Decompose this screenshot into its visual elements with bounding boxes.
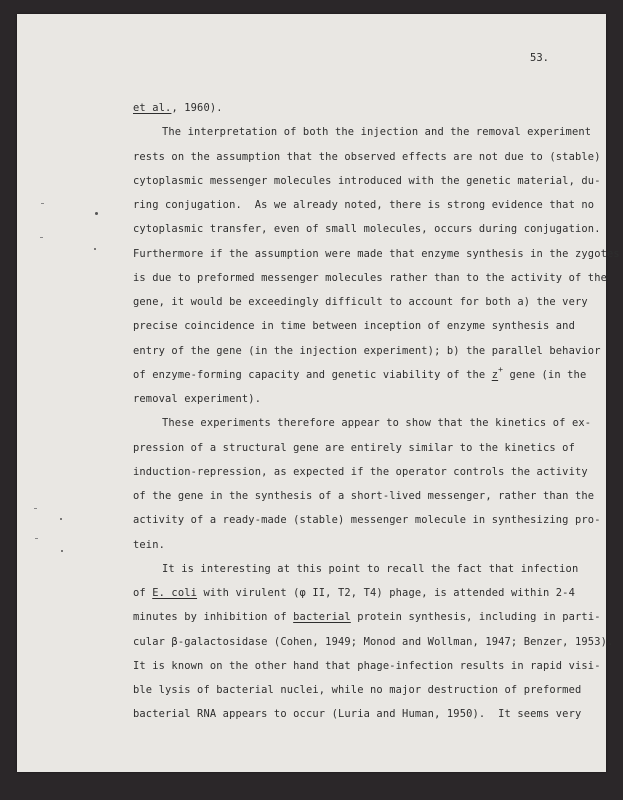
text-segment: The interpretation of both the injection… xyxy=(162,126,591,138)
text-line: minutes by inhibition of bacterial prote… xyxy=(133,610,601,624)
text-line: cytoplasmic messenger molecules introduc… xyxy=(133,174,601,188)
text-segment: induction-repression, as expected if the… xyxy=(133,466,588,478)
text-segment: ble lysis of bacterial nuclei, while no … xyxy=(133,684,581,696)
text-segment: pression of a structural gene are entire… xyxy=(133,442,575,454)
text-line: rests on the assumption that the observe… xyxy=(133,150,601,164)
text-segment: removal experiment). xyxy=(133,393,261,405)
text-line: bacterial RNA appears to occur (Luria an… xyxy=(133,707,581,721)
text-segment: minutes by inhibition of xyxy=(133,611,293,623)
text-line: pression of a structural gene are entire… xyxy=(133,441,575,455)
underlined-term: et al. xyxy=(133,102,171,114)
text-line: It is known on the other hand that phage… xyxy=(133,659,601,673)
margin-speck xyxy=(95,212,98,215)
underlined-term: E. coli xyxy=(152,587,197,599)
text-line: cytoplasmic transfer, even of small mole… xyxy=(133,222,601,236)
text-line: tein. xyxy=(133,538,165,552)
text-segment: It is interesting at this point to recal… xyxy=(162,563,578,575)
text-line: ring conjugation. As we already noted, t… xyxy=(133,198,594,212)
text-segment: entry of the gene (in the injection expe… xyxy=(133,345,601,357)
text-line: et al., 1960). xyxy=(133,101,223,115)
text-line: These experiments therefore appear to sh… xyxy=(162,416,591,430)
text-segment: protein synthesis, including in parti- xyxy=(351,611,601,623)
text-segment: cular β-galactosidase (Cohen, 1949; Mono… xyxy=(133,636,613,648)
text-segment: precise coincidence in time between ince… xyxy=(133,320,575,332)
text-segment: These experiments therefore appear to sh… xyxy=(162,417,591,429)
text-line: cular β-galactosidase (Cohen, 1949; Mono… xyxy=(133,635,613,649)
text-segment: gene, it would be exceedingly difficult … xyxy=(133,296,588,308)
text-segment: of the gene in the synthesis of a short-… xyxy=(133,490,594,502)
text-line: precise coincidence in time between ince… xyxy=(133,319,575,333)
text-line: is due to preformed messenger molecules … xyxy=(133,271,607,285)
text-line: induction-repression, as expected if the… xyxy=(133,465,588,479)
text-segment: rests on the assumption that the observe… xyxy=(133,151,601,163)
text-line: of enzyme-forming capacity and genetic v… xyxy=(133,368,586,382)
text-line: It is interesting at this point to recal… xyxy=(162,562,578,576)
margin-speck xyxy=(61,550,63,552)
text-segment: activity of a ready-made (stable) messen… xyxy=(133,514,601,526)
underlined-term: bacterial xyxy=(293,611,351,623)
text-line: Furthermore if the assumption were made … xyxy=(133,247,620,261)
text-segment: It is known on the other hand that phage… xyxy=(133,660,601,672)
text-segment: cytoplasmic messenger molecules introduc… xyxy=(133,175,601,187)
text-line: removal experiment). xyxy=(133,392,261,406)
text-segment: gene (in the xyxy=(503,369,586,381)
text-segment: bacterial RNA appears to occur (Luria an… xyxy=(133,708,581,720)
page-number: 53. xyxy=(530,52,549,64)
margin-mark xyxy=(34,508,37,509)
margin-speck xyxy=(94,248,96,250)
text-segment: is due to preformed messenger molecules … xyxy=(133,272,607,284)
text-segment: of enzyme-forming capacity and genetic v… xyxy=(133,369,492,381)
margin-speck xyxy=(60,518,62,520)
margin-mark xyxy=(40,237,43,238)
margin-mark xyxy=(35,538,38,539)
text-segment: of xyxy=(133,587,152,599)
text-line: ble lysis of bacterial nuclei, while no … xyxy=(133,683,581,697)
text-line: The interpretation of both the injection… xyxy=(162,125,591,139)
text-segment: with virulent (φ II, T2, T4) phage, is a… xyxy=(197,587,575,599)
text-segment: tein. xyxy=(133,539,165,551)
text-segment: , 1960). xyxy=(171,102,222,114)
margin-mark xyxy=(41,203,44,204)
text-segment: cytoplasmic transfer, even of small mole… xyxy=(133,223,601,235)
text-segment: ring conjugation. As we already noted, t… xyxy=(133,199,594,211)
text-line: of the gene in the synthesis of a short-… xyxy=(133,489,594,503)
text-line: activity of a ready-made (stable) messen… xyxy=(133,513,601,527)
text-line: gene, it would be exceedingly difficult … xyxy=(133,295,588,309)
text-segment: Furthermore if the assumption were made … xyxy=(133,248,620,260)
text-line: of E. coli with virulent (φ II, T2, T4) … xyxy=(133,586,575,600)
text-line: entry of the gene (in the injection expe… xyxy=(133,344,601,358)
